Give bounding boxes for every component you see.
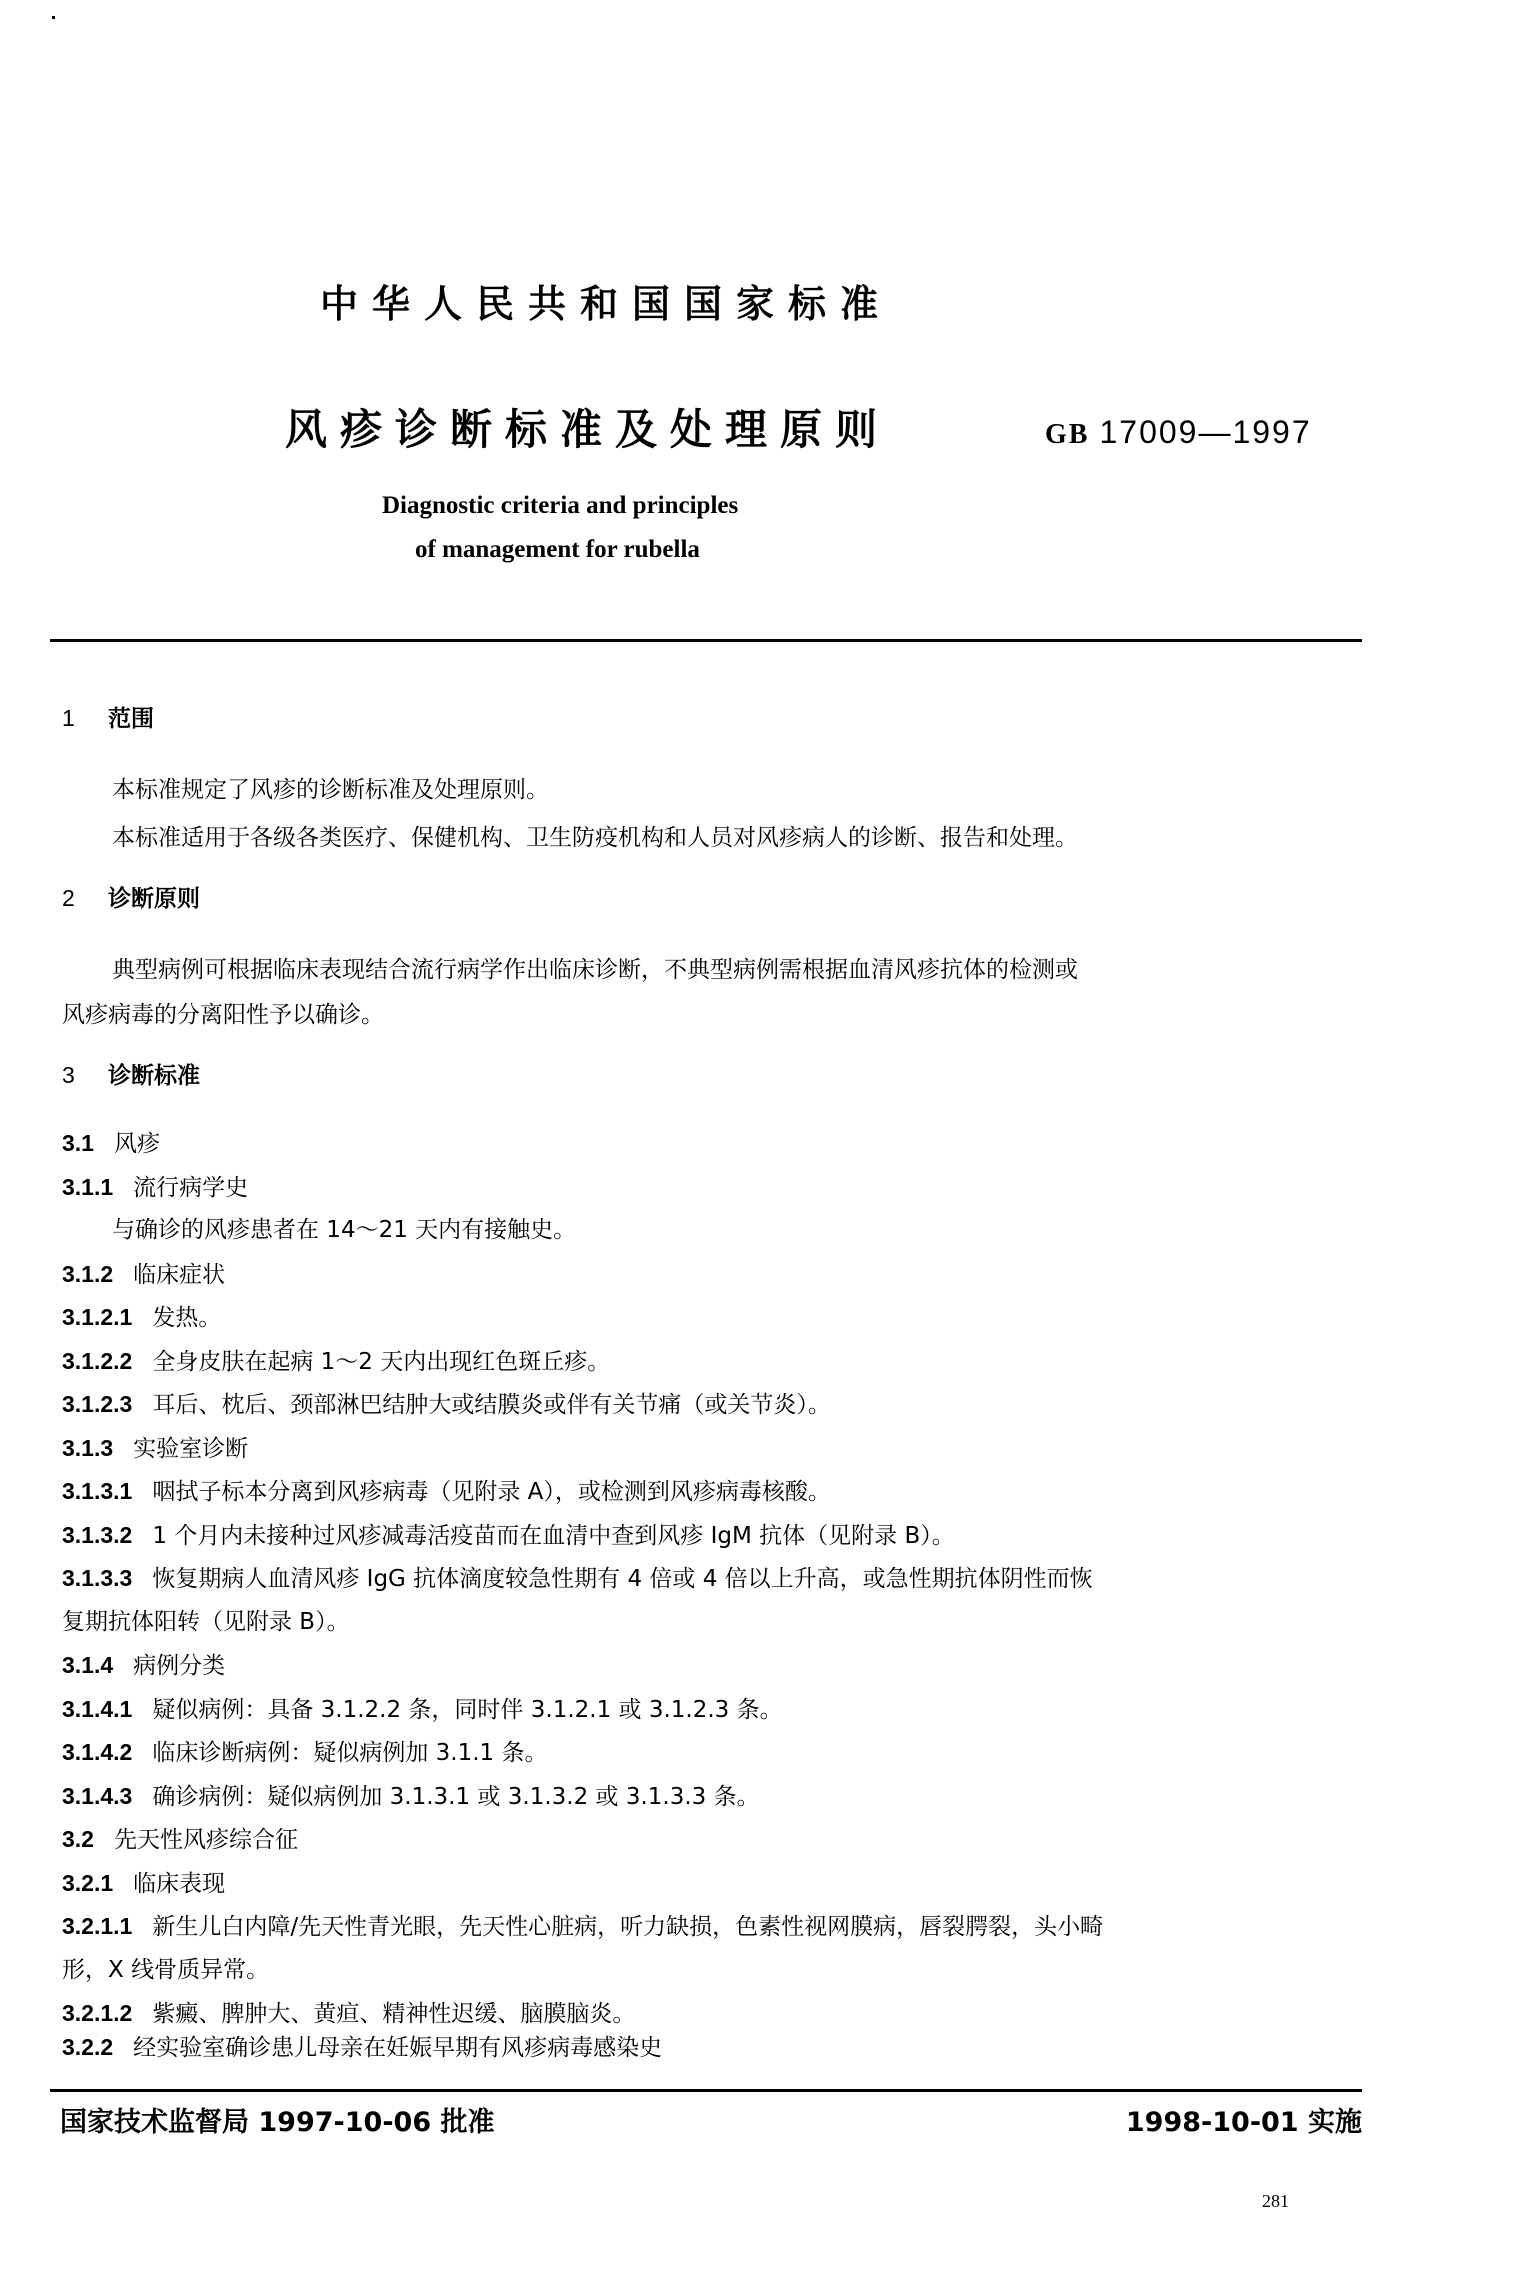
standard-prefix: GB [1045, 419, 1089, 450]
section-heading-3: 3诊断标准 [62, 1060, 200, 1091]
clause-3-2-1-1: 3.2.1.1新生儿白内障/先天性青光眼，先天性心脏病，听力缺损，色素性视网膜病… [62, 1911, 1103, 1942]
scan-speck [52, 16, 55, 19]
clause-3-2: 3.2先天性风疹综合征 [62, 1824, 298, 1855]
national-standard-header: 中华人民共和国国家标准 [320, 280, 892, 328]
clause-3-2-2: 3.2.2经实验室确诊患儿母亲在妊娠早期有风疹病毒感染史 [62, 2032, 662, 2063]
standard-number: GB17009—1997 [1045, 412, 1312, 455]
clause-3-1-4-3: 3.1.4.3确诊病例：疑似病例加 3.1.3.1 或 3.1.3.2 或 3.… [62, 1781, 760, 1812]
page-number: 281 [1262, 2190, 1289, 2212]
standard-code: 17009—1997 [1099, 414, 1311, 450]
approval-date: 国家技术监督局 1997-10-06 批准 [60, 2106, 495, 2140]
clause-3-1: 3.1风疹 [62, 1128, 160, 1159]
document-title: 风疹诊断标准及处理原则 [285, 404, 890, 456]
clause-text-continuation: 复期抗体阳转（见附录 B）。 [62, 1607, 350, 1637]
header-divider [50, 639, 1362, 642]
implementation-date: 1998-10-01 实施 [1100, 2106, 1362, 2140]
clause-3-1-3-2: 3.1.3.21 个月内未接种过风疹减毒活疫苗而在血清中查到风疹 IgM 抗体（… [62, 1520, 955, 1551]
clause-3-1-1: 3.1.1流行病学史 [62, 1172, 248, 1203]
clause-3-1-3-1: 3.1.3.1咽拭子标本分离到风疹病毒（见附录 A），或检测到风疹病毒核酸。 [62, 1476, 831, 1507]
english-title-line-1: Diagnostic criteria and principles [382, 490, 738, 522]
paragraph: 典型病例可根据临床表现结合流行病学作出临床诊断，不典型病例需根据血清风疹抗体的检… [112, 955, 1078, 985]
footer-divider [50, 2089, 1362, 2092]
section-heading-2: 2诊断原则 [62, 883, 200, 914]
clause-3-1-2-2: 3.1.2.2全身皮肤在起病 1～2 天内出现红色斑丘疹。 [62, 1346, 610, 1377]
clause-3-1-4-2: 3.1.4.2临床诊断病例：疑似病例加 3.1.1 条。 [62, 1737, 548, 1768]
clause-3-1-2: 3.1.2临床症状 [62, 1259, 225, 1290]
clause-3-2-1-2: 3.2.1.2紫癜、脾肿大、黄疸、精神性迟缓、脑膜脑炎。 [62, 1998, 635, 2029]
paragraph: 本标准规定了风疹的诊断标准及处理原则。 [112, 775, 549, 805]
clause-3-1-4: 3.1.4病例分类 [62, 1650, 225, 1681]
clause-3-1-2-3: 3.1.2.3耳后、枕后、颈部淋巴结肿大或结膜炎或伴有关节痛（或关节炎）。 [62, 1389, 831, 1420]
clause-text: 与确诊的风疹患者在 14～21 天内有接触史。 [112, 1215, 576, 1245]
clause-3-1-3-3: 3.1.3.3恢复期病人血清风疹 IgG 抗体滴度较急性期有 4 倍或 4 倍以… [62, 1563, 1093, 1594]
clause-text-continuation: 形，X 线骨质异常。 [62, 1955, 269, 1985]
paragraph-continuation: 风疹病毒的分离阳性予以确诊。 [62, 1000, 384, 1030]
clause-3-1-2-1: 3.1.2.1发热。 [62, 1302, 221, 1333]
clause-3-1-4-1: 3.1.4.1疑似病例：具备 3.1.2.2 条，同时伴 3.1.2.1 或 3… [62, 1694, 783, 1725]
clause-3-2-1: 3.2.1临床表现 [62, 1868, 225, 1899]
paragraph: 本标准适用于各级各类医疗、保健机构、卫生防疫机构和人员对风疹病人的诊断、报告和处… [112, 823, 1078, 853]
section-heading-1: 1范围 [62, 703, 154, 734]
english-title-line-2: of management for rubella [415, 534, 700, 566]
clause-3-1-3: 3.1.3实验室诊断 [62, 1433, 248, 1464]
